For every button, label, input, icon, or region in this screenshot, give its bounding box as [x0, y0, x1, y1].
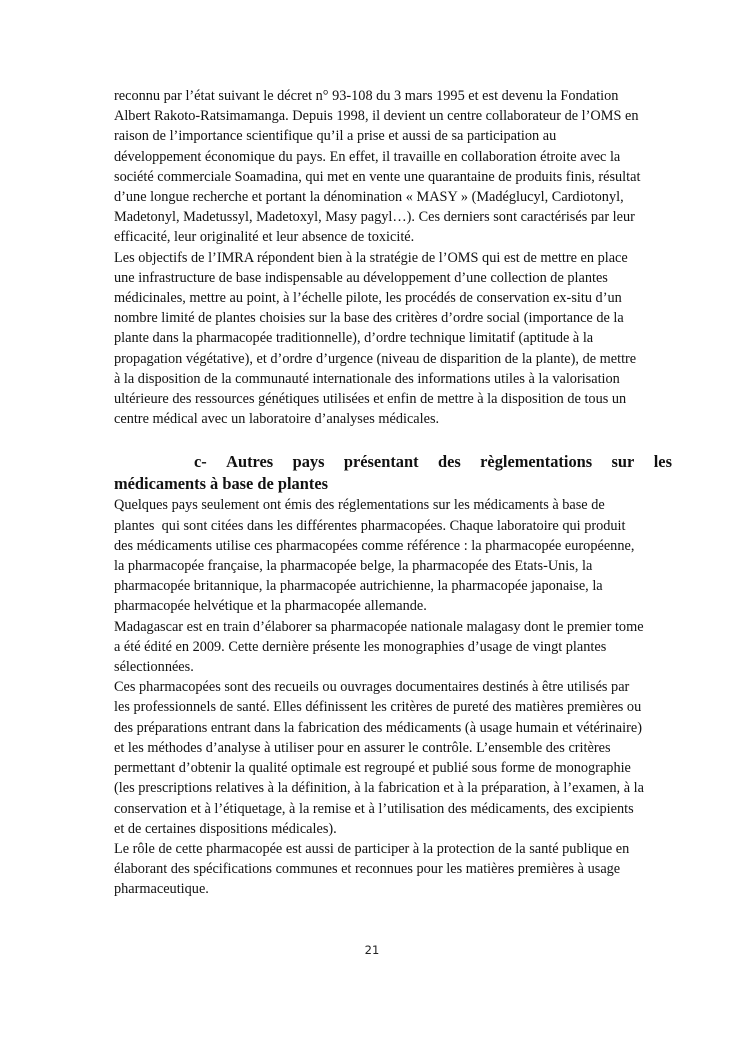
text-line: propagation végétative), et d’ordre d’ur…: [114, 349, 674, 369]
text-line: ultérieure des ressources génétiques uti…: [114, 389, 674, 409]
text-line: la pharmacopée française, la pharmacopée…: [114, 556, 674, 576]
text-line: permettant d’obtenir la qualité optimale…: [114, 758, 674, 778]
text-line: raison de l’importance scientifique qu’i…: [114, 126, 674, 146]
text-line: plante dans la pharmacopée traditionnell…: [114, 328, 674, 348]
paragraph-pharmacopoeia-role: Le rôle de cette pharmacopée est aussi d…: [114, 839, 674, 900]
text-line: reconnu par l’état suivant le décret n° …: [114, 86, 674, 106]
text-line: Albert Rakoto-Ratsimamanga. Depuis 1998,…: [114, 106, 674, 126]
blank-line: [114, 429, 674, 451]
text-line: (les prescriptions relatives à la défini…: [114, 778, 674, 798]
heading-line-1: c- Autres pays présentant des règlementa…: [114, 451, 672, 473]
paragraph-madagascar: Madagascar est en train d’élaborer sa ph…: [114, 617, 674, 678]
text-line: développement économique du pays. En eff…: [114, 147, 674, 167]
text-line: une infrastructure de base indispensable…: [114, 268, 674, 288]
text-line: sélectionnées.: [114, 657, 674, 677]
heading-number: c-: [114, 451, 207, 473]
text-line: conservation et à l’étiquetage, à la rem…: [114, 799, 674, 819]
heading-word: sur: [612, 451, 635, 473]
text-line: a été édité en 2009. Cette dernière prés…: [114, 637, 674, 657]
paragraph-imra-history: reconnu par l’état suivant le décret n° …: [114, 86, 674, 248]
text-line: Le rôle de cette pharmacopée est aussi d…: [114, 839, 674, 859]
text-line: à la disposition de la communauté intern…: [114, 369, 674, 389]
text-line: et les méthodes d’analyse à utiliser pou…: [114, 738, 674, 758]
heading-word: pays: [293, 451, 325, 473]
text-line: société commerciale Soamadina, qui met e…: [114, 167, 674, 187]
text-line: plantes qui sont citées dans les différe…: [114, 516, 674, 536]
text-line: et de certaines dispositions médicales).: [114, 819, 674, 839]
text-line: médicinales, mettre au point, à l’échell…: [114, 288, 674, 308]
paragraph-imra-objectives: Les objectifs de l’IMRA répondent bien à…: [114, 248, 674, 430]
text-line: Madetonyl, Madetussyl, Madetoxyl, Masy p…: [114, 207, 674, 227]
heading-word: des: [438, 451, 461, 473]
text-line: centre médical avec un laboratoire d’ana…: [114, 409, 674, 429]
heading-word: présentant: [344, 451, 419, 473]
text-line: les professionnels de santé. Elles défin…: [114, 697, 674, 717]
heading-line-2: médicaments à base de plantes: [114, 473, 674, 495]
section-heading: c- Autres pays présentant des règlementa…: [114, 451, 674, 495]
text-line: Quelques pays seulement ont émis des rég…: [114, 495, 674, 515]
text-line: Madagascar est en train d’élaborer sa ph…: [114, 617, 674, 637]
text-line: nombre limité de plantes choisies sur la…: [114, 308, 674, 328]
text-line: pharmacopée britannique, la pharmacopée …: [114, 576, 674, 596]
heading-word: Autres: [226, 451, 273, 473]
text-line: des préparations entrant dans la fabrica…: [114, 718, 674, 738]
paragraph-regulations: Quelques pays seulement ont émis des rég…: [114, 495, 674, 616]
page-body: reconnu par l’état suivant le décret n° …: [114, 86, 674, 900]
paragraph-pharmacopoeia-definition: Ces pharmacopées sont des recueils ou ou…: [114, 677, 674, 839]
text-line: pharmacopée helvétique et la pharmacopée…: [114, 596, 674, 616]
page-number: 21: [0, 943, 744, 957]
text-line: d’une longue recherche et portant la dén…: [114, 187, 674, 207]
text-line: Ces pharmacopées sont des recueils ou ou…: [114, 677, 674, 697]
text-line: Les objectifs de l’IMRA répondent bien à…: [114, 248, 674, 268]
text-line: pharmaceutique.: [114, 879, 674, 899]
heading-word: les: [654, 451, 672, 473]
text-line: efficacité, leur originalité et leur abs…: [114, 227, 674, 247]
text-line: élaborant des spécifications communes et…: [114, 859, 674, 879]
text-line: des médicaments utilise ces pharmacopées…: [114, 536, 674, 556]
heading-word: règlementations: [480, 451, 592, 473]
document-page: reconnu par l’état suivant le décret n° …: [0, 0, 744, 1053]
